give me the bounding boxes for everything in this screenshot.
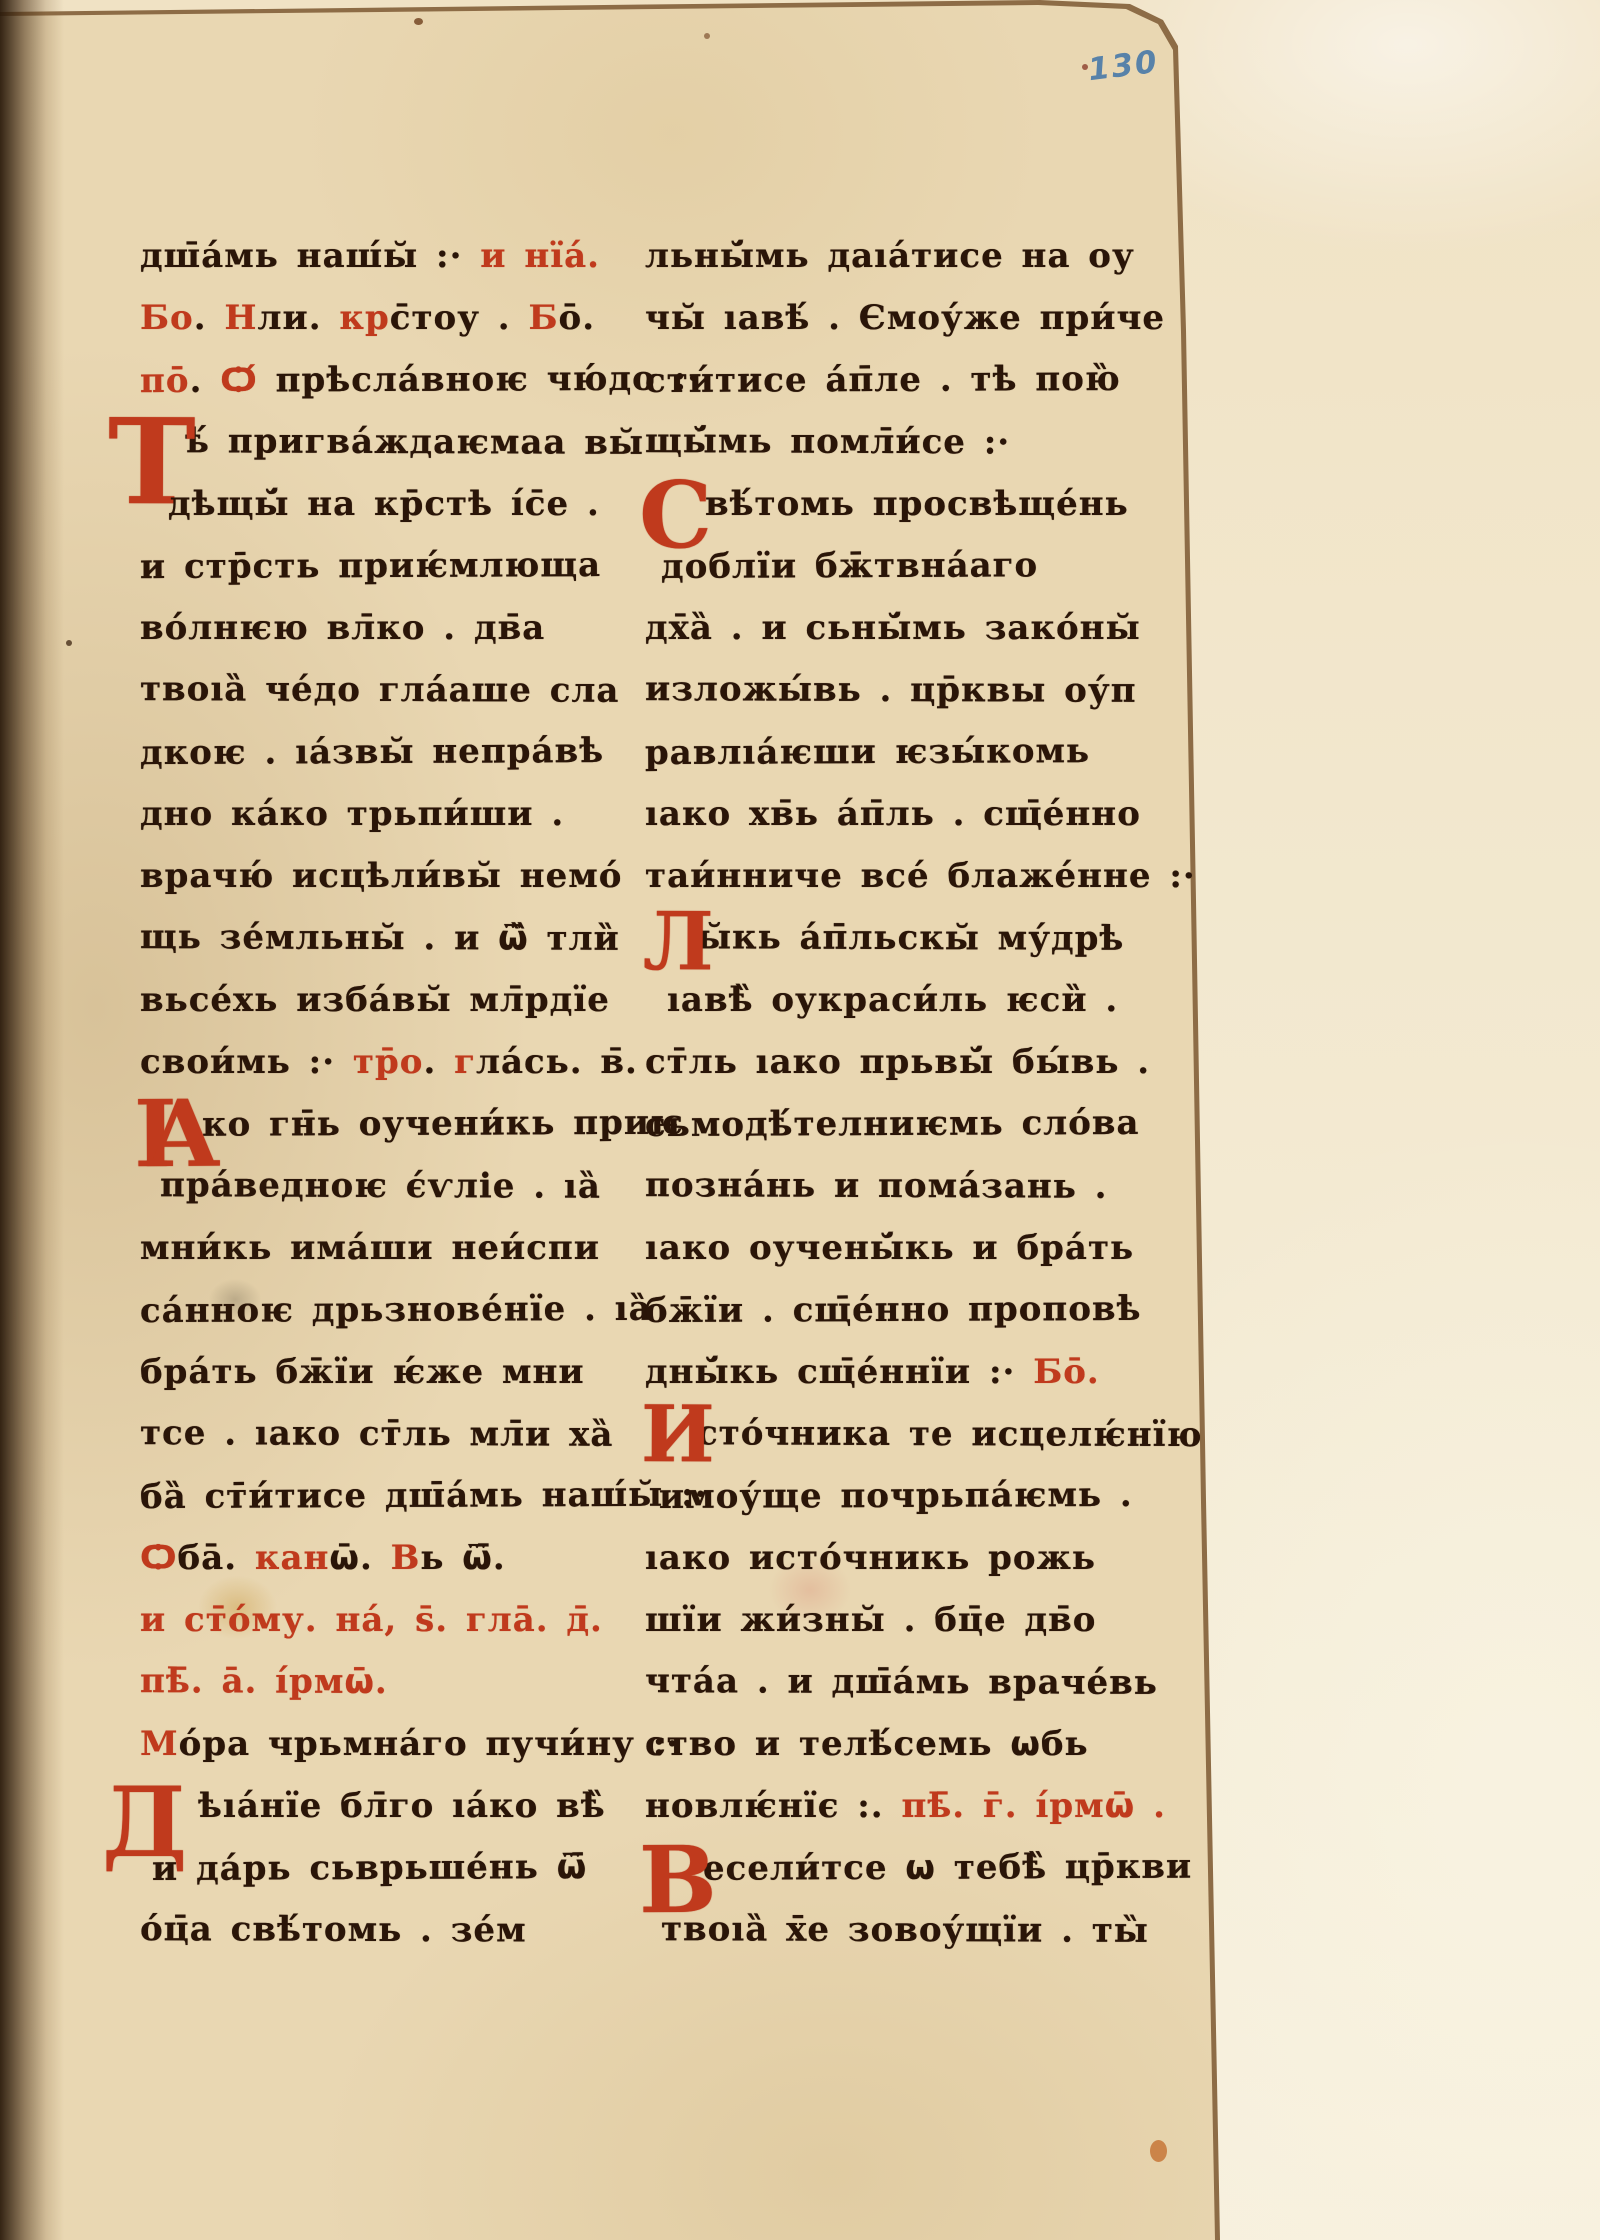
text-segment-ink: . — [194, 298, 225, 338]
text-line: Свѣ́томь просвѣще́нь — [645, 476, 1127, 538]
text-line: са́нноѥ дрьзнове́нїе . ıа̏ — [140, 1281, 628, 1345]
text-segment-ink: дѣщы̆́ на кр̄стѣ і́с̄е . — [168, 484, 600, 524]
text-line: бж̄їи . сщ̄е́нно проповѣ — [645, 1281, 1127, 1345]
text-segment-ink: сти́тисе а́п̄ле . тѣ пою̏ — [645, 359, 1121, 401]
text-segment-ink: чы̆ ıавѣ́ . Ємоу́же при́че — [645, 298, 1165, 338]
text-line: чы̆ ıавѣ́ . Ємоу́же при́че — [645, 290, 1127, 352]
text-line: врачю́ исцѣли́вы̆ немо́ — [140, 848, 628, 910]
text-segment-rubric: тр̄о — [353, 1042, 424, 1082]
binding-gutter — [0, 0, 64, 2240]
text-segment-rubric: М — [140, 1724, 179, 1764]
text-segment-ink: ко гн̄ь оучени́кь приѥ — [202, 1103, 684, 1145]
text-segment-ink: есели́тсе ѡ тебѣ̏ цр̄кви — [703, 1847, 1192, 1889]
text-segment-ink: врачю́ исцѣли́вы̆ немо́ — [140, 856, 622, 896]
text-segment-ink: пра́ведноѥ є́ѵліе . ıа̏ — [160, 1165, 601, 1207]
text-segment-ink: сто́чника те исцелѥ́нїю — [697, 1413, 1203, 1455]
text-line: дш̄а́мь наш́ы̆ :· и нїа́. — [140, 228, 628, 290]
text-segment-ink: таи́нниче все́ блаже́нне :· — [645, 856, 1196, 896]
text-line: по̄. Ѻ́ прѣсла́вноѥ чю́до :· — [140, 351, 628, 415]
text-segment-ink: са́нноѥ дрьзнове́нїе . ıа̏ — [140, 1289, 652, 1331]
text-segment-ink: с̄тоу . — [390, 298, 529, 338]
text-segment-ink: ь ѿ̄. — [420, 1538, 505, 1578]
text-line: ст̄ль ıако прьвы̆́ бы́вь . — [645, 1034, 1127, 1096]
text-segment-ink: ıавѣ̏ оукраси́ль ѥси̏ . — [667, 980, 1118, 1020]
text-segment-ink: твоıа̏ х̄е зовоу́щїи . ты̏ — [661, 1909, 1149, 1951]
text-segment-ink: бра́ть бж̄їи ѥ́же мни — [140, 1352, 585, 1392]
text-segment-rubric: кр — [339, 298, 389, 338]
text-segment-ink: вьсе́хь изба́вы̆ мл̄рдїе — [140, 980, 610, 1020]
text-segment-ink: бж̄їи . сщ̄е́нно проповѣ — [645, 1289, 1142, 1331]
text-line: ıавѣ̏ оукраси́ль ѥси̏ . — [645, 972, 1127, 1034]
text-segment-ink: во́лнѥю вл̄ко . дв̄а — [140, 608, 545, 648]
text-segment-ink: дкоѥ . ıа́звы̆ непра́вѣ — [140, 731, 604, 773]
text-line: дѣщы̆́ на кр̄стѣ і́с̄е . — [140, 476, 628, 538]
text-segment-ink: вѣ́томь просвѣще́нь — [705, 484, 1129, 524]
text-line: о́ц̄а свѣ́томь . зе́м — [140, 1901, 628, 1965]
text-segment-rubric: Бо̄. — [1033, 1352, 1100, 1392]
text-line: чта́а . и дш̄а́мь враче́вь — [645, 1653, 1127, 1717]
text-line: таи́нниче все́ блаже́нне :· — [645, 848, 1127, 910]
text-segment-ink: свои́мь :· — [140, 1042, 353, 1082]
text-line: и стр̄сть приѥ́млюща — [140, 537, 628, 601]
text-line: Тѣ́ пригва́ждаѥмаа вы̆ — [140, 413, 628, 477]
text-segment-ink: дны̆́кь сщ̄е́ннїи :· — [645, 1352, 1033, 1392]
text-segment-ink: позна́нь и пома́зань . — [645, 1165, 1108, 1207]
text-segment-ink: доблїи бж̄твна́аго — [661, 545, 1038, 587]
text-segment-rubric: Б — [528, 298, 558, 338]
text-line: пра́ведноѥ є́ѵліе . ıа̏ — [140, 1157, 628, 1221]
text-line: равлıа́ѥши ѥзы́комь — [645, 723, 1127, 787]
text-segment-ink: . — [423, 1042, 454, 1082]
text-segment-ink: тсе . ıако ст̄ль мл̄и ха̏ — [140, 1413, 614, 1455]
text-segment-rubric: Н — [224, 298, 257, 338]
text-segment-ink: дно ка́ко трьпи́ши . — [140, 794, 564, 834]
text-segment-ink: ы̆кь а́п̄льскы̆ му́дрѣ — [697, 917, 1124, 958]
text-segment-rubric: пѣ̄. а̄. і́рмѡ̄. — [140, 1661, 388, 1702]
text-line: ıако оучены̆́кь и бра́ть — [645, 1220, 1127, 1282]
text-segment-ink: ба̏ ст̄и́тисе дш̄а́мь наш́ы̆ :· — [140, 1475, 708, 1517]
text-segment-ink: ѡ̄. — [329, 1538, 390, 1578]
text-segment-rubric: кан — [255, 1538, 329, 1578]
illuminated-initial: И — [641, 1401, 716, 1468]
text-segment-ink: ѣ́ пригва́ждаѥмаа вы̆ — [185, 421, 644, 463]
text-line: и ст̄о́му. на́, ѕ̄. гла̄. д̄. — [140, 1592, 628, 1654]
text-segment-rubric: и нїа́. — [480, 236, 600, 276]
text-line: во́лнѥю вл̄ко . дв̄а — [140, 600, 628, 662]
text-segment-rubric: Ѻ́ — [220, 361, 258, 401]
text-line: пѣ̄. а̄. і́рмѡ̄. — [140, 1653, 628, 1717]
text-line: вьсе́хь изба́вы̆ мл̄рдїе — [140, 972, 628, 1034]
text-segment-ink: льны̆́мь даıа́тисе на оу — [645, 236, 1135, 276]
text-segment-ink: ıако оучены̆́кь и бра́ть — [645, 1228, 1134, 1268]
text-segment-ink: ла́сь. в̄. — [476, 1042, 638, 1082]
text-segment-rubric: пѣ̄. г̄. і́рмѡ̄ . — [901, 1786, 1165, 1826]
left-text-column: дш̄а́мь наш́ы̆ :· и нїа́.Бо. Нли. крс̄т… — [140, 228, 628, 1964]
text-segment-rubric: Ѻ — [140, 1538, 178, 1578]
text-segment-ink: о́ц̄а свѣ́томь . зе́м — [140, 1909, 527, 1950]
text-segment-ink: чта́а . и дш̄а́мь враче́вь — [645, 1661, 1158, 1703]
text-segment-rubric: г — [454, 1042, 476, 1082]
text-segment-ink: ство и телѣ́семь ѡбь — [645, 1724, 1089, 1764]
text-line: и да́рь сьврьше́нь ѿ̄ — [140, 1839, 628, 1903]
illuminated-initial: Д — [102, 1782, 188, 1865]
text-segment-ink: шїи жи́зны̆ . бц̄е дв̄о — [645, 1600, 1096, 1640]
text-line: щь зе́мльны̆ . и ѿ̏ тли̏ — [140, 909, 628, 973]
text-segment-ink: дш̄а́мь наш́ы̆ :· — [140, 236, 480, 276]
text-segment-ink: дх̄а̏ . и сьны̆́мь зако́ны̆ — [645, 608, 1141, 648]
text-line: шїи жи́зны̆ . бц̄е дв̄о — [645, 1592, 1127, 1654]
text-line: доблїи бж̄твна́аго — [645, 537, 1127, 601]
text-line: мни́кь има́ши неи́спи — [140, 1220, 628, 1282]
text-segment-ink: ли. — [258, 298, 340, 338]
text-segment-ink: о́ра чрьмна́го пучи́ну :· — [179, 1724, 679, 1764]
text-segment-ink: ѣıа́нїе бл̄го ıа́ко вѣ̏ — [198, 1786, 606, 1826]
text-line: тсе . ıако ст̄ль мл̄и ха̏ — [140, 1405, 628, 1469]
text-segment-ink: о̄. — [559, 298, 596, 338]
text-segment-rubric: и ст̄о́му. на́, ѕ̄. гла̄. д̄. — [140, 1600, 603, 1640]
text-line: щы̆́мь помл̄и́се :· — [645, 413, 1127, 477]
text-line: сти́тисе а́п̄ле . тѣ пою̏ — [645, 351, 1127, 415]
text-segment-ink: новлѥ́нїє :. — [645, 1786, 901, 1826]
text-line: льны̆́мь даıа́тисе на оу — [645, 228, 1127, 290]
text-line: дкоѥ . ıа́звы̆ непра́вѣ — [140, 723, 628, 787]
text-line: позна́нь и пома́зань . — [645, 1157, 1127, 1221]
text-segment-ink: прѣсла́вноѥ чю́до :· — [258, 359, 700, 401]
illuminated-initial: С — [639, 476, 713, 555]
right-text-column: льны̆́мь даıа́тисе на оучы̆ ıавѣ́ . Ємоу… — [645, 228, 1127, 1964]
manuscript-photo: 130 дш̄а́мь наш́ы̆ :· и нїа́.Бо. Нли. к… — [0, 0, 1600, 2240]
text-line: Дѣıа́нїе бл̄го ıа́ко вѣ̏ — [140, 1778, 628, 1840]
text-line: ство и телѣ́семь ѡбь — [645, 1716, 1127, 1778]
text-line: Исто́чника те исцелѥ́нїю — [645, 1405, 1127, 1469]
text-segment-ink: ст̄ль ıако прьвы̆́ бы́вь . — [645, 1042, 1150, 1082]
text-line: твоıа̏ че́до гла́аше сла — [140, 661, 628, 725]
text-line: имоу́ще почрьпа́ѥмь . — [645, 1467, 1127, 1531]
text-segment-rubric: В — [391, 1538, 421, 1578]
text-line: бра́ть бж̄їи ѥ́же мни — [140, 1344, 628, 1406]
text-line: Ѻба̄. канѡ̄. Вь ѿ̄. — [140, 1530, 628, 1592]
text-line: дно ка́ко трьпи́ши . — [140, 786, 628, 848]
text-line: твоıа̏ х̄е зовоу́щїи . ты̏ — [645, 1901, 1127, 1965]
text-segment-ink: и стр̄сть приѥ́млюща — [140, 545, 601, 587]
text-line: Бо. Нли. крс̄тоу . Бо̄. — [140, 290, 628, 352]
text-line: ІАко гн̄ь оучени́кь приѥ — [140, 1095, 628, 1159]
text-line: Весели́тсе ѡ тебѣ̏ цр̄кви — [645, 1839, 1127, 1903]
text-segment-ink: сьмодѣ́телниѥмь сло́ва — [645, 1103, 1140, 1145]
text-segment-ink: имоу́ще почрьпа́ѥмь . — [659, 1475, 1133, 1517]
text-segment-ink: твоıа̏ че́до гла́аше сла — [140, 669, 620, 711]
text-line: ıако исто́чникь рожь — [645, 1530, 1127, 1592]
text-line: изложы́вь . цр̄квы оу́п — [645, 661, 1127, 725]
text-segment-ink: изложы́вь . цр̄квы оу́п — [645, 669, 1137, 711]
text-line: ба̏ ст̄и́тисе дш̄а́мь наш́ы̆ :· — [140, 1467, 628, 1531]
illuminated-initial: Л — [643, 907, 715, 976]
text-segment-ink: ıако исто́чникь рожь — [645, 1538, 1096, 1578]
text-segment-ink: и да́рь сьврьше́нь ѿ̄ — [152, 1847, 587, 1889]
text-segment-ink: мни́кь има́ши неи́спи — [140, 1228, 600, 1268]
text-line: Лы̆кь а́п̄льскы̆ му́дрѣ — [645, 909, 1127, 973]
text-line: дны̆́кь сщ̄е́ннїи :· Бо̄. — [645, 1344, 1127, 1406]
text-segment-ink: щы̆́мь помл̄и́се :· — [645, 421, 1010, 462]
text-segment-rubric: Бо — [140, 298, 194, 338]
text-segment-ink: щь зе́мльны̆ . и ѿ̏ тли̏ — [140, 917, 620, 959]
text-line: ıако хв̄ь а́п̄ль . сщ̄е́нно — [645, 786, 1127, 848]
text-line: свои́мь :· тр̄о. гла́сь. в̄. — [140, 1034, 628, 1096]
text-segment-ink: ба̄. — [178, 1538, 255, 1578]
text-segment-ink: равлıа́ѥши ѥзы́комь — [645, 731, 1090, 773]
text-segment-ink: ıако хв̄ь а́п̄ль . сщ̄е́нно — [645, 794, 1141, 834]
text-line: Мо́ра чрьмна́го пучи́ну :· — [140, 1716, 628, 1778]
text-line: дх̄а̏ . и сьны̆́мь зако́ны̆ — [645, 600, 1127, 662]
text-line: сьмодѣ́телниѥмь сло́ва — [645, 1095, 1127, 1159]
